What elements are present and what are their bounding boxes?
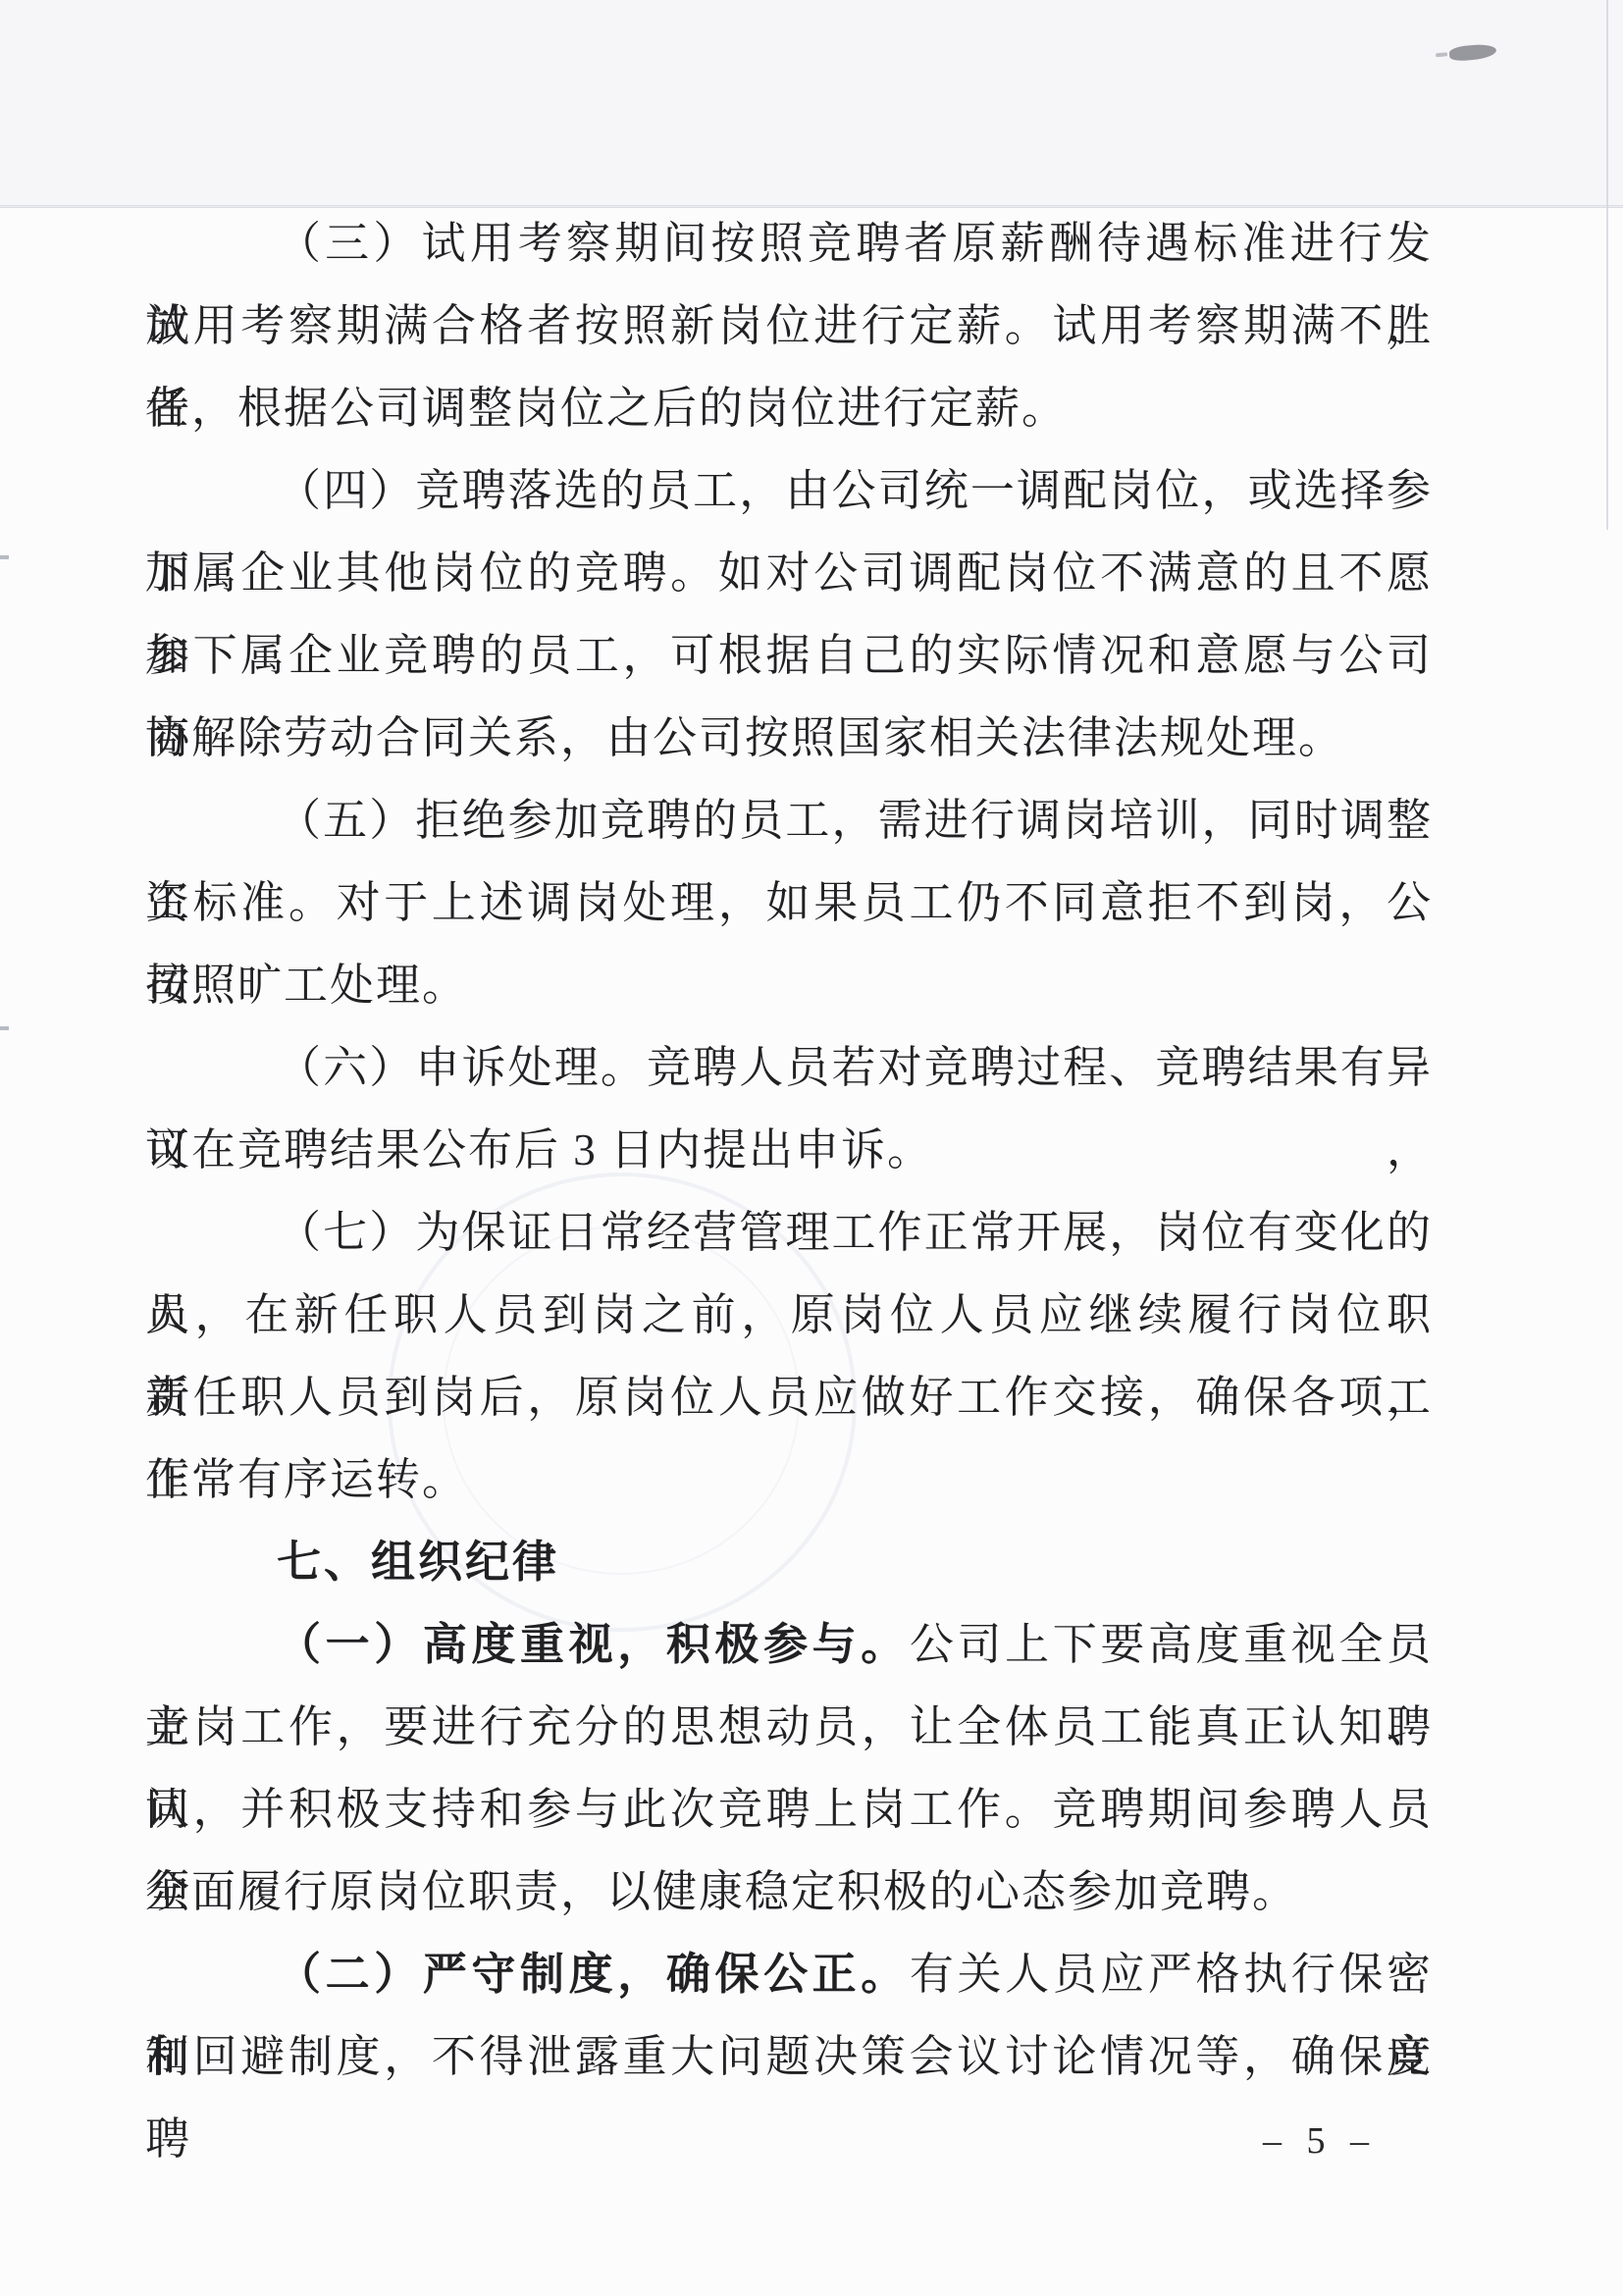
text-line: 新任职人员到岗后，原岗位人员应做好工作交接，确保各项工作: [145, 1356, 1433, 1438]
text-run: 按照旷工处理。: [145, 961, 468, 1010]
text-line: 全面履行原岗位职责，以健康稳定积极的心态参加竞聘。: [145, 1851, 1433, 1933]
text-line: 试用考察期满合格者按照新岗位进行定薪。试用考察期满不胜任: [145, 285, 1433, 367]
text-run: 正常有序运转。: [145, 1455, 468, 1504]
text-line: 按照旷工处理。: [145, 944, 1433, 1026]
text-line: 上岗工作，要进行充分的思想动员，让全体员工能真正认知、认: [145, 1686, 1433, 1768]
text-line: 下属企业其他岗位的竞聘。如对公司调配岗位不满意的且不愿参: [145, 532, 1433, 614]
paper-edge-mark: [0, 555, 9, 559]
text-line: （七）为保证日常经营管理工作正常开展，岗位有变化的人: [145, 1191, 1433, 1274]
text-line: 和回避制度，不得泄露重大问题决策会议讨论情况等，确保竞聘: [145, 2015, 1433, 2098]
bold-text-run: （一）高度重视，积极参与。: [277, 1620, 910, 1669]
text-line: 资标准。对于上述调岗处理，如果员工仍不同意拒不到岗，公司: [145, 861, 1433, 944]
section-heading: 七、组织纪律: [145, 1521, 1433, 1603]
text-line: （六）申诉处理。竞聘人员若对竞聘过程、竞聘结果有异议，: [145, 1026, 1433, 1109]
text-line: 商解除劳动合同关系，由公司按照国家相关法律法规处理。: [145, 697, 1433, 779]
text-line: 加下属企业竞聘的员工，可根据自己的实际情况和意愿与公司协: [145, 614, 1433, 697]
text-line: （五）拒绝参加竞聘的员工，需进行调岗培训，同时调整工: [145, 779, 1433, 861]
text-line: 同，并积极支持和参与此次竞聘上岗工作。竞聘期间参聘人员须: [145, 1768, 1433, 1851]
text-line: （三）试用考察期间按照竞聘者原薪酬待遇标准进行发放，: [145, 202, 1433, 285]
text-line: 者，根据公司调整岗位之后的岗位进行定薪。: [145, 367, 1433, 449]
document-body: （三）试用考察期间按照竞聘者原薪酬待遇标准进行发放，试用考察期满合格者按照新岗位…: [145, 202, 1433, 2098]
text-run: 者，根据公司调整岗位之后的岗位进行定薪。: [145, 384, 1068, 433]
text-line: （四）竞聘落选的员工，由公司统一调配岗位，或选择参加: [145, 449, 1433, 532]
text-line: 正常有序运转。: [145, 1438, 1433, 1521]
scan-fold-line: [1606, 0, 1608, 530]
paper-edge-mark: [0, 1026, 9, 1030]
text-line: （一）高度重视，积极参与。公司上下要高度重视全员竞聘: [145, 1603, 1433, 1686]
scanned-document-page: { "page": { "number_label": "– 5 –", "ba…: [0, 0, 1623, 2296]
page-number: – 5 –: [1207, 2117, 1433, 2165]
scan-top-band: [0, 0, 1623, 206]
text-run: 全面履行原岗位职责，以健康稳定积极的心态参加竞聘。: [145, 1867, 1298, 1916]
text-run: 可在竞聘结果公布后 3 日内提出申诉。: [145, 1125, 933, 1174]
bold-text-run: 七、组织纪律: [277, 1538, 559, 1587]
text-run: 商解除劳动合同关系，由公司按照国家相关法律法规处理。: [145, 713, 1344, 762]
text-line: 员，在新任职人员到岗之前，原岗位人员应继续履行岗位职责，: [145, 1274, 1433, 1356]
bold-text-run: （二）严守制度，确保公正。: [277, 1950, 910, 1999]
text-line: （二）严守制度，确保公正。有关人员应严格执行保密制度: [145, 1933, 1433, 2015]
